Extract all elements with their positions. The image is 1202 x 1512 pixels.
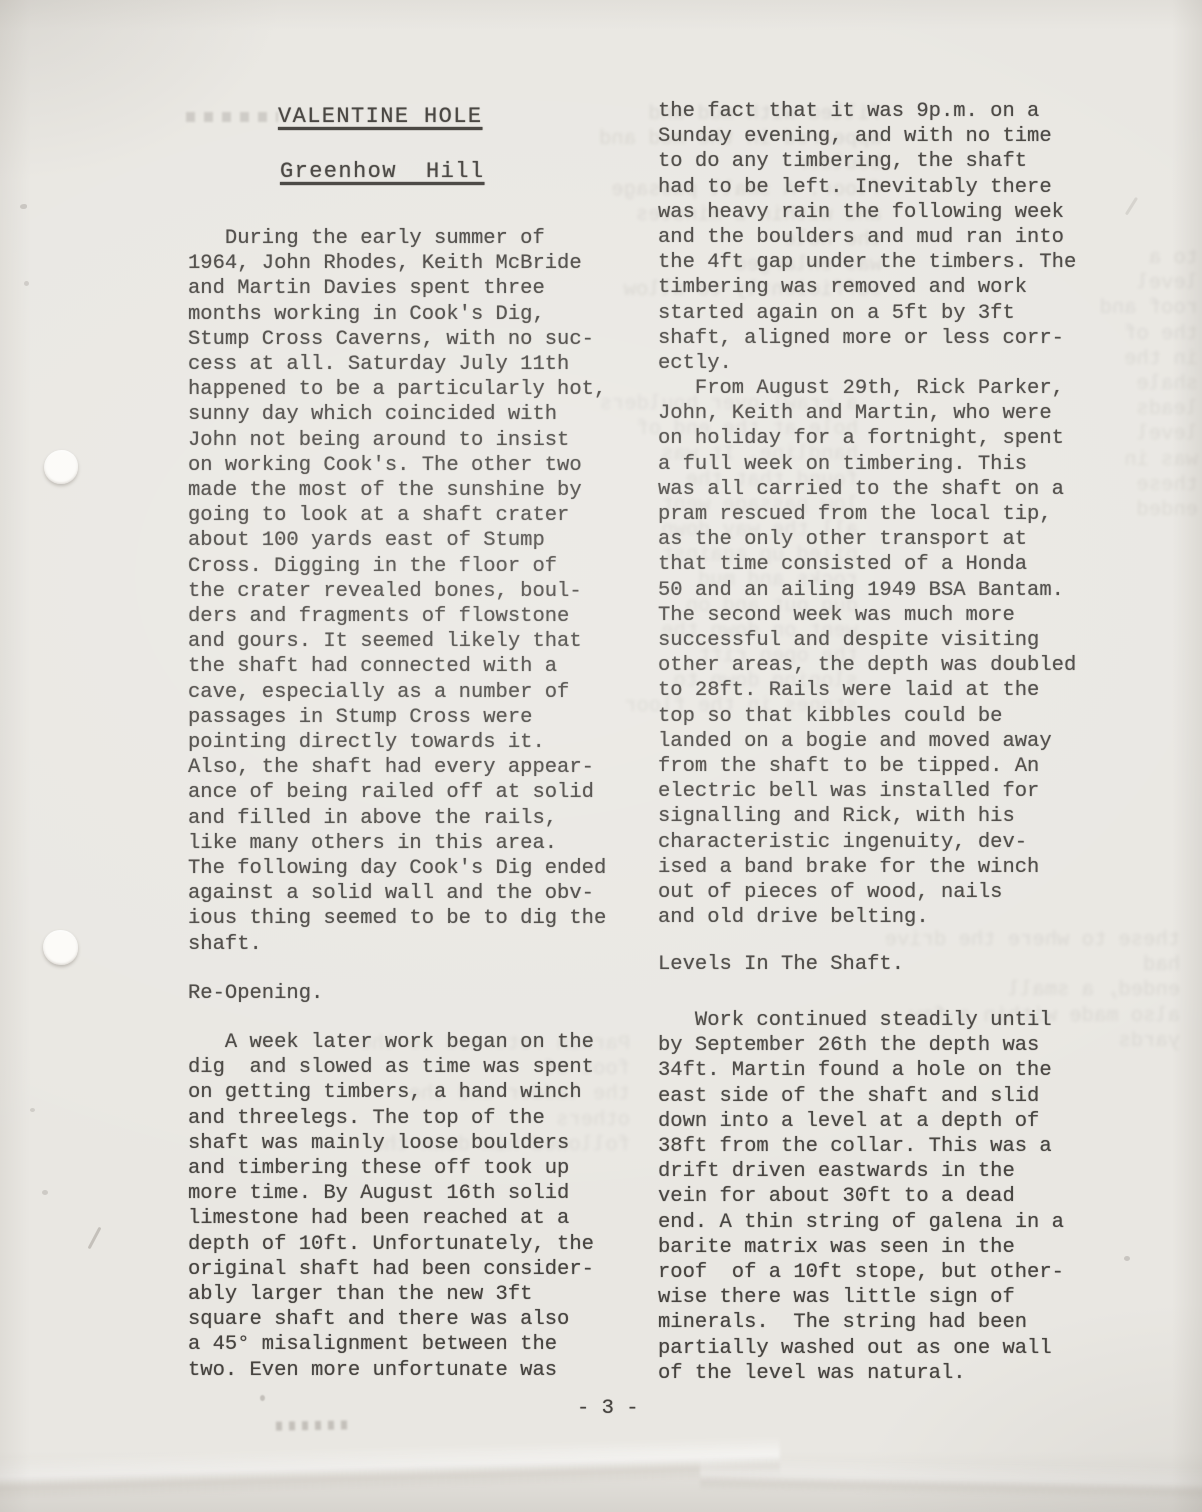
text-line: Work continued steadily until: [658, 1008, 1108, 1033]
text-line: cave, especially as a number of: [188, 680, 618, 705]
text-line: and gours. It seemed likely that: [188, 629, 618, 654]
text-line: months working in Cook's Dig,: [188, 302, 618, 327]
article-title: VALENTINE HOLE: [278, 104, 482, 129]
text-line: passages in Stump Cross were: [188, 705, 618, 730]
pencil-smudge: [276, 1420, 352, 1430]
text-line: by September 26th the depth was: [658, 1033, 1108, 1058]
text-line: wise there was little sign of: [658, 1285, 1108, 1310]
text-line: end. A thin string of galena in a: [658, 1210, 1108, 1235]
text-line: was all carried to the shaft on a: [658, 477, 1108, 502]
scanned-document-page: { "page": { "number": "- 3 -" }, "titles…: [0, 0, 1202, 1512]
text-line: limestone had been reached at a: [188, 1206, 618, 1231]
text-line: ised a band brake for the winch: [658, 855, 1108, 880]
text-line: going to look at a shaft crater: [188, 503, 618, 528]
text-line: ectly.: [658, 351, 1108, 376]
text-line: Also, the shaft had every appear-: [188, 755, 618, 780]
text-line: John, Keith and Martin, who were: [658, 401, 1108, 426]
text-line: and filled in above the rails,: [188, 806, 618, 831]
left-column-paragraph-intro: During the early summer of1964, John Rho…: [188, 226, 618, 957]
text-line: and old drive belting.: [658, 905, 1108, 930]
punch-hole: [43, 930, 78, 965]
text-line: cess at all. Saturday July 11th: [188, 352, 618, 377]
text-line: original shaft had been consider-: [188, 1257, 618, 1282]
text-line: shaft, aligned more or less corr-: [658, 326, 1108, 351]
text-line: other areas, the depth was doubled: [658, 653, 1108, 678]
text-line: minerals. The string had been: [658, 1310, 1108, 1335]
left-column-paragraph-reopening: A week later work began on thedig and sl…: [188, 1030, 618, 1383]
text-line: made the most of the sunshine by: [188, 478, 618, 503]
text-line: vein for about 30ft to a dead: [658, 1184, 1108, 1209]
text-line: on holiday for a fortnight, spent: [658, 426, 1108, 451]
punch-hole: [44, 450, 78, 484]
text-line: a full week on timbering. This: [658, 452, 1108, 477]
text-line: as the only other transport at: [658, 527, 1108, 552]
text-line: like many others in this area.: [188, 831, 618, 856]
text-line: shaft was mainly loose boulders: [188, 1131, 618, 1156]
text-line: and timbering these off took up: [188, 1156, 618, 1181]
text-line: of the level was natural.: [658, 1361, 1108, 1386]
text-line: dig and slowed as time was spent: [188, 1055, 618, 1080]
text-line: started again on a 5ft by 3ft: [658, 301, 1108, 326]
text-line: and Martin Davies spent three: [188, 276, 618, 301]
text-line: partially washed out as one wall: [658, 1336, 1108, 1361]
text-line: The following day Cook's Dig ended: [188, 856, 618, 881]
text-line: ious thing seemed to be to dig the: [188, 906, 618, 931]
text-line: on working Cook's. The other two: [188, 453, 618, 478]
text-line: 50 and an ailing 1949 BSA Bantam.: [658, 578, 1108, 603]
paper-crease: [0, 1437, 780, 1502]
text-line: From August 29th, Rick Parker,: [658, 376, 1108, 401]
paper-speck: [42, 1190, 48, 1195]
text-line: to 28ft. Rails were laid at the: [658, 678, 1108, 703]
text-line: Sunday evening, and with no time: [658, 124, 1108, 149]
text-line: depth of 10ft. Unfortunately, the: [188, 1232, 618, 1257]
text-line: from the shaft to be tipped. An: [658, 754, 1108, 779]
text-line: about 100 yards east of Stump: [188, 528, 618, 553]
text-line: to do any timbering, the shaft: [658, 149, 1108, 174]
paper-crease: [700, 1457, 1202, 1502]
text-line: out of pieces of wood, nails: [658, 880, 1108, 905]
right-column-paragraph-2: From August 29th, Rick Parker,John, Keit…: [658, 376, 1108, 930]
text-line: characteristic ingenuity, dev-: [658, 830, 1108, 855]
text-line: The second week was much more: [658, 603, 1108, 628]
text-line: sunny day which coincided with: [188, 402, 618, 427]
paper-speck: [24, 281, 29, 286]
text-line: the shaft had connected with a: [188, 654, 618, 679]
text-line: the 4ft gap under the timbers. The: [658, 250, 1108, 275]
text-line: ably larger than the new 3ft: [188, 1282, 618, 1307]
text-line: happened to be a particularly hot,: [188, 377, 618, 402]
text-line: signalling and Rick, with his: [658, 804, 1108, 829]
pencil-smudge: [260, 1395, 265, 1401]
right-column-paragraph-3: Work continued steadily untilby Septembe…: [658, 1008, 1108, 1386]
text-line: barite matrix was seen in the: [658, 1235, 1108, 1260]
text-line: more time. By August 16th solid: [188, 1181, 618, 1206]
section-heading-reopening: Re-Opening.: [188, 981, 323, 1006]
text-line: ders and fragments of flowstone: [188, 604, 618, 629]
paper-speck: [20, 204, 27, 209]
text-line: east side of the shaft and slid: [658, 1084, 1108, 1109]
text-line: top so that kibbles could be: [658, 704, 1108, 729]
text-line: 1964, John Rhodes, Keith McBride: [188, 251, 618, 276]
text-line: and threelegs. The top of the: [188, 1106, 618, 1131]
text-line: successful and despite visiting: [658, 628, 1108, 653]
paper-speck: [1124, 1256, 1130, 1261]
text-line: two. Even more unfortunate was: [188, 1358, 618, 1383]
text-line: electric bell was installed for: [658, 779, 1108, 804]
section-heading-levels: Levels In The Shaft.: [658, 952, 904, 977]
text-line: down into a level at a depth of: [658, 1109, 1108, 1134]
text-line: against a solid wall and the obv-: [188, 881, 618, 906]
text-line: landed on a bogie and moved away: [658, 729, 1108, 754]
text-line: and the boulders and mud ran into: [658, 225, 1108, 250]
text-line: drift driven eastwards in the: [658, 1159, 1108, 1184]
text-line: square shaft and there was also: [188, 1307, 618, 1332]
text-line: Stump Cross Caverns, with no suc-: [188, 327, 618, 352]
faint-pencil-marks: [186, 112, 278, 122]
text-line: that time consisted of a Honda: [658, 552, 1108, 577]
text-line: 34ft. Martin found a hole on the: [658, 1058, 1108, 1083]
pencil-slash-mark: [88, 1227, 102, 1250]
text-line: on getting timbers, a hand winch: [188, 1080, 618, 1105]
text-line: the crater revealed bones, boul-: [188, 579, 618, 604]
text-line: roof of a 10ft stope, but other-: [658, 1260, 1108, 1285]
text-line: the fact that it was 9p.m. on a: [658, 99, 1108, 124]
text-line: pointing directly towards it.: [188, 730, 618, 755]
text-line: John not being around to insist: [188, 428, 618, 453]
text-line: shaft.: [188, 932, 618, 957]
text-line: had to be left. Inevitably there: [658, 175, 1108, 200]
text-line: During the early summer of: [188, 226, 618, 251]
pencil-slash-mark: [1125, 197, 1138, 215]
text-line: ance of being railed off at solid: [188, 780, 618, 805]
text-line: a 45° misalignment between the: [188, 1332, 618, 1357]
text-line: timbering was removed and work: [658, 275, 1108, 300]
text-line: pram rescued from the local tip,: [658, 502, 1108, 527]
text-line: was heavy rain the following week: [658, 200, 1108, 225]
article-subtitle: Greenhow Hill: [280, 159, 484, 184]
page-number: - 3 -: [577, 1396, 639, 1421]
text-line: A week later work began on the: [188, 1030, 618, 1055]
text-line: Cross. Digging in the floor of: [188, 554, 618, 579]
text-line: 38ft from the collar. This was a: [658, 1134, 1108, 1159]
paper-speck: [30, 1108, 35, 1112]
right-column-paragraph-1: the fact that it was 9p.m. on aSunday ev…: [658, 99, 1108, 376]
